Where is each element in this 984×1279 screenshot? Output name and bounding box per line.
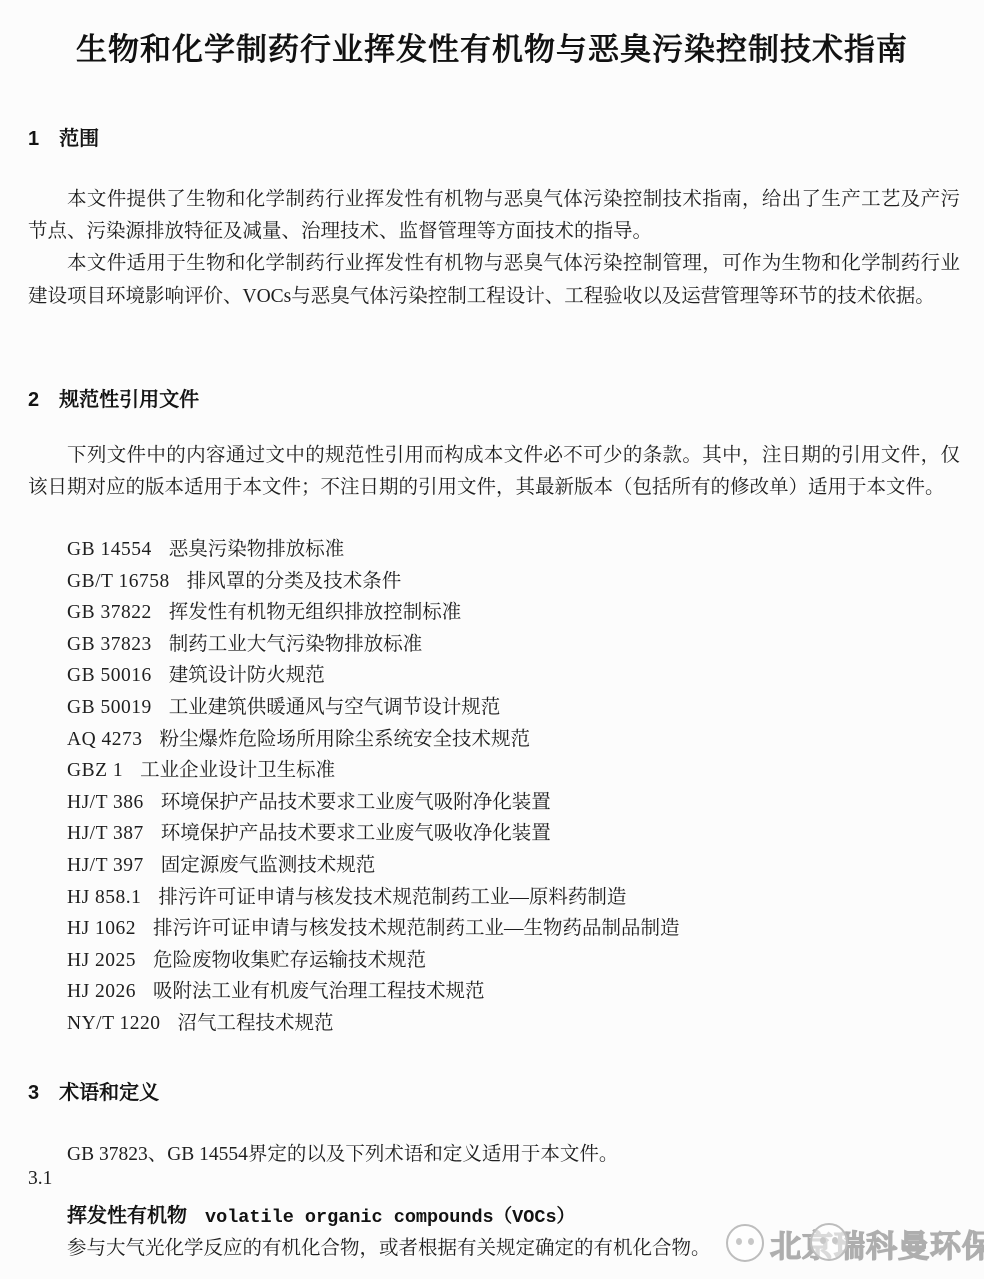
reference-code: HJ/T 387 [67,818,144,850]
reference-code: GB 37822 [67,597,152,629]
reference-title: 排污许可证申请与核发技术规范制药工业—原料药制造 [158,887,626,908]
reference-item: GB/T 16758排风罩的分类及技术条件 [67,566,967,598]
reference-item: GBZ 1工业企业设计卫生标准 [67,755,967,787]
section-1-number: 1 [28,128,39,151]
section-2-heading: 2规范性引用文件 [28,383,199,412]
section-3-number: 3 [28,1082,39,1105]
term-number: 3.1 [28,1168,52,1190]
section-3-title: 术语和定义 [59,1082,159,1104]
reference-code: HJ 858.1 [67,882,141,914]
term-name-english: volatile organic compounds（VOCs） [205,1207,575,1228]
reference-title: 固定源废气监测技术规范 [161,855,376,876]
reference-code: GB/T 16758 [67,566,170,598]
term-definition-heading: 挥发性有机物volatile organic compounds（VOCs） [67,1199,575,1228]
reference-title: 吸附法工业有机废气治理工程技术规范 [153,981,485,1002]
reference-title: 排风罩的分类及技术条件 [187,571,402,592]
reference-title: 建筑设计防火规范 [169,665,325,686]
normative-references-list: GB 14554恶臭污染物排放标准 GB/T 16758排风罩的分类及技术条件 … [67,534,967,1040]
reference-code: HJ 2026 [67,976,136,1008]
reference-item: GB 37822挥发性有机物无组织排放控制标准 [67,597,967,629]
reference-code: HJ/T 397 [67,850,144,882]
reference-title: 环境保护产品技术要求工业废气吸附净化装置 [161,792,551,813]
paragraph: 本文件提供了生物和化学制药行业挥发性有机物与恶臭气体污染控制技术指南，给出了生产… [28,184,960,248]
reference-code: GB 37823 [67,629,152,661]
paragraph: 下列文件中的内容通过文中的规范性引用而构成本文件必不可少的条款。其中，注日期的引… [28,440,960,504]
reference-code: HJ 2025 [67,945,136,977]
reference-item: HJ 1062排污许可证申请与核发技术规范制药工业—生物药品制品制造 [67,913,967,945]
paragraph: 本文件适用于生物和化学制药行业挥发性有机物与恶臭气体污染控制管理，可作为生物和化… [28,248,960,312]
term-name-chinese: 挥发性有机物 [67,1205,187,1227]
reference-title: 工业企业设计卫生标准 [140,760,335,781]
section-2-title: 规范性引用文件 [59,389,199,411]
reference-item: GB 50016建筑设计防火规范 [67,660,967,692]
reference-title: 挥发性有机物无组织排放控制标准 [169,602,462,623]
document-title: 生物和化学制药行业挥发性有机物与恶臭污染控制技术指南 [0,24,984,69]
reference-code: NY/T 1220 [67,1008,161,1040]
reference-title: 沼气工程技术规范 [178,1013,334,1034]
reference-title: 恶臭污染物排放标准 [169,539,345,560]
reference-title: 粉尘爆炸危险场所用除尘系统安全技术规范 [160,729,531,750]
reference-title: 制药工业大气污染物排放标准 [169,634,423,655]
section-2-number: 2 [28,389,39,412]
reference-code: GBZ 1 [67,755,123,787]
reference-item: HJ/T 397固定源废气监测技术规范 [67,850,967,882]
reference-title: 排污许可证申请与核发技术规范制药工业—生物药品制品制造 [153,918,680,939]
reference-item: HJ 2026吸附法工业有机废气治理工程技术规范 [67,976,967,1008]
reference-item: HJ 858.1排污许可证申请与核发技术规范制药工业—原料药制造 [67,882,967,914]
section-2-intro: 下列文件中的内容通过文中的规范性引用而构成本文件必不可少的条款。其中，注日期的引… [28,440,960,504]
reference-item: AQ 4273粉尘爆炸危险场所用除尘系统安全技术规范 [67,724,967,756]
reference-title: 工业建筑供暖通风与空气调节设计规范 [169,697,501,718]
paragraph: GB 37823、GB 14554界定的以及下列术语和定义适用于本文件。 [28,1139,960,1171]
document-page: 生物和化学制药行业挥发性有机物与恶臭污染控制技术指南 1范围 本文件提供了生物和… [0,0,984,1279]
section-3-intro: GB 37823、GB 14554界定的以及下列术语和定义适用于本文件。 [28,1139,960,1171]
reference-item: HJ/T 387环境保护产品技术要求工业废气吸收净化装置 [67,818,967,850]
section-1-title: 范围 [59,128,99,150]
term-definition-text: 参与大气光化学反应的有机化合物，或者根据有关规定确定的有机化合物。 [28,1233,960,1265]
section-1-body: 本文件提供了生物和化学制药行业挥发性有机物与恶臭气体污染控制技术指南，给出了生产… [28,184,960,313]
reference-code: AQ 4273 [67,724,143,756]
reference-item: HJ/T 386环境保护产品技术要求工业废气吸附净化装置 [67,787,967,819]
reference-code: GB 50019 [67,692,152,724]
reference-title: 环境保护产品技术要求工业废气吸收净化装置 [161,823,551,844]
section-3-heading: 3术语和定义 [28,1076,159,1105]
reference-item: GB 14554恶臭污染物排放标准 [67,534,967,566]
reference-code: HJ 1062 [67,913,136,945]
reference-code: HJ/T 386 [67,787,144,819]
paragraph: 参与大气光化学反应的有机化合物，或者根据有关规定确定的有机化合物。 [28,1233,960,1265]
reference-item: NY/T 1220沼气工程技术规范 [67,1008,967,1040]
reference-item: HJ 2025危险废物收集贮存运输技术规范 [67,945,967,977]
reference-item: GB 37823制药工业大气污染物排放标准 [67,629,967,661]
reference-code: GB 50016 [67,660,152,692]
reference-item: GB 50019工业建筑供暖通风与空气调节设计规范 [67,692,967,724]
section-1-heading: 1范围 [28,122,99,151]
reference-title: 危险废物收集贮存运输技术规范 [153,950,426,971]
reference-code: GB 14554 [67,534,152,566]
